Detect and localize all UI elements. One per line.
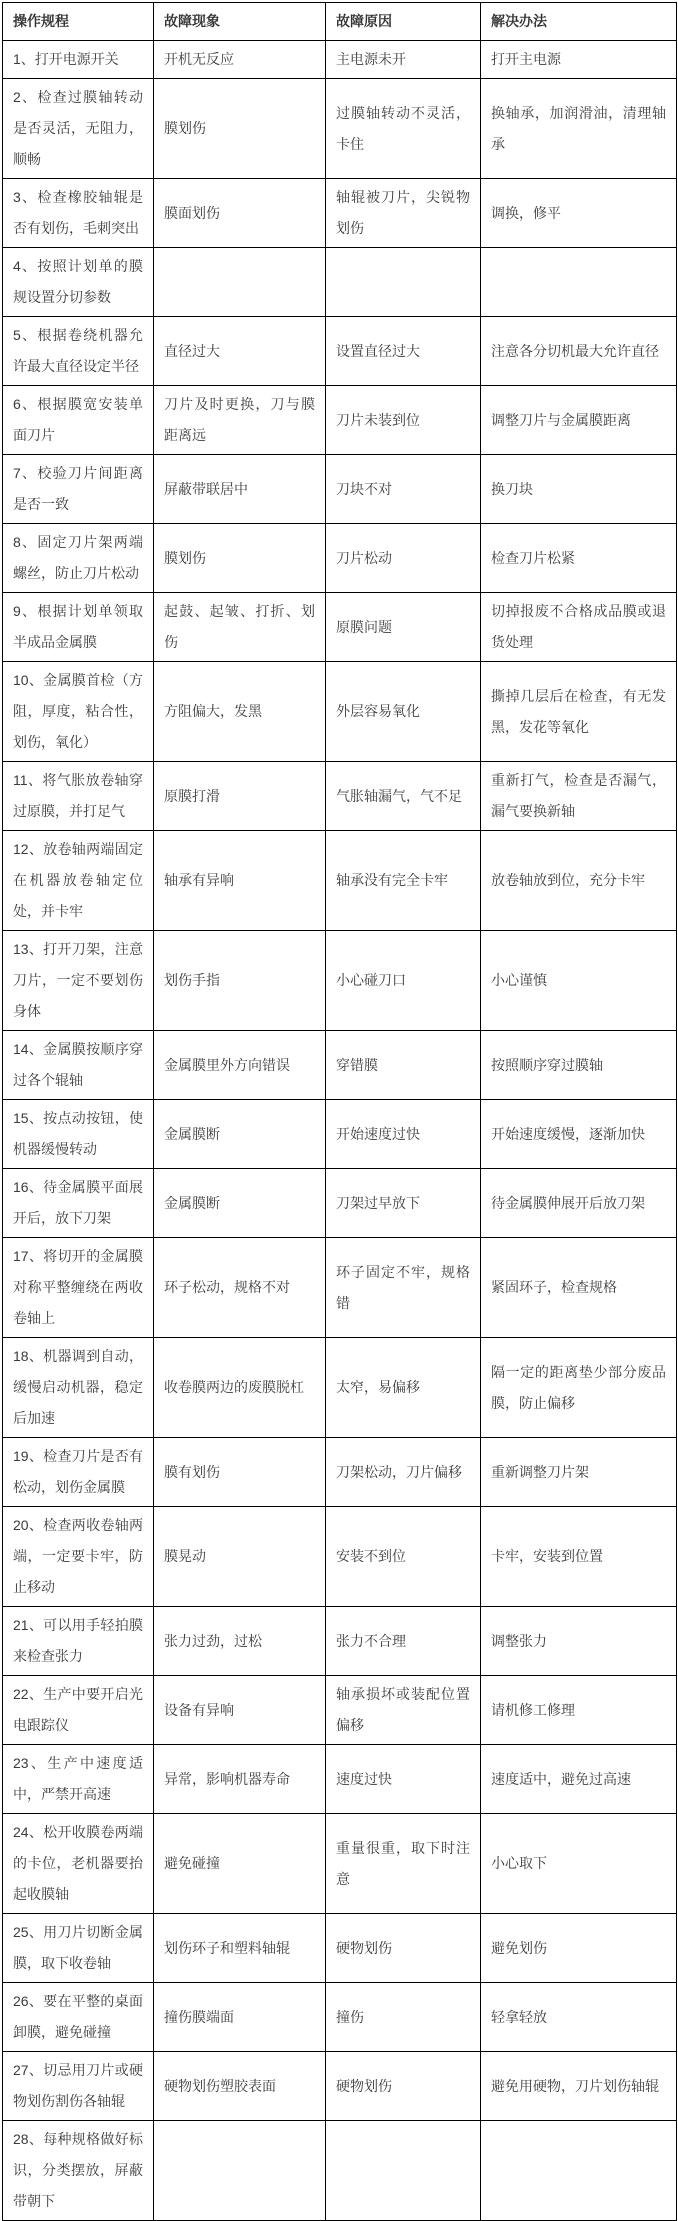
table-cell: 19、检查刀片是否有松动，划伤金属膜 (3, 1438, 154, 1507)
table-row: 20、检查两收卷轴两端，一定要卡牢，防止移动膜晃动安装不到位卡牢，安装到位置 (3, 1507, 677, 1607)
table-cell: 膜有划伤 (154, 1438, 326, 1507)
table-row: 1、打开电源开关开机无反应主电源未开打开主电源 (3, 41, 677, 79)
table-cell: 25、用刀片切断金属膜，取下收卷轴 (3, 1914, 154, 1983)
table-cell: 调整张力 (481, 1607, 677, 1676)
table-cell: 9、根据计划单领取半成品金属膜 (3, 593, 154, 662)
table-cell: 6、根据膜宽安装单面刀片 (3, 386, 154, 455)
table-cell: 划伤手指 (154, 931, 326, 1031)
table-cell (481, 2121, 677, 2221)
table-cell: 划伤环子和塑料轴辊 (154, 1914, 326, 1983)
table-cell: 3、检查橡胶轴辊是否有划伤，毛刺突出 (3, 179, 154, 248)
table-cell: 放卷轴放到位，充分卡牢 (481, 831, 677, 931)
table-cell: 外层容易氧化 (326, 662, 481, 762)
table-cell: 15、按点动按钮，使机器缓慢转动 (3, 1100, 154, 1169)
table-cell: 重新调整刀片架 (481, 1438, 677, 1507)
table-cell: 轴辊被刀片，尖锐物划伤 (326, 179, 481, 248)
column-header-fault-cause: 故障原因 (326, 3, 481, 41)
table-cell: 26、要在平整的桌面卸膜，避免碰撞 (3, 1983, 154, 2052)
table-cell: 方阻偏大，发黑 (154, 662, 326, 762)
table-row: 24、松开收膜卷两端的卡位，老机器要抬起收膜轴避免碰撞重量很重，取下时注意小心取… (3, 1814, 677, 1914)
table-cell: 张力不合理 (326, 1607, 481, 1676)
table-header-row: 操作规程 故障现象 故障原因 解决办法 (3, 3, 677, 41)
table-cell: 22、生产中要开启光电跟踪仪 (3, 1676, 154, 1745)
table-cell: 主电源未开 (326, 41, 481, 79)
table-cell: 21、可以用手轻拍膜来检查张力 (3, 1607, 154, 1676)
table-row: 22、生产中要开启光电跟踪仪设备有异响轴承损坏或装配位置偏移请机修工修理 (3, 1676, 677, 1745)
table-cell: 硬物划伤 (326, 2052, 481, 2121)
table-row: 28、每种规格做好标识，分类摆放，屏蔽带朝下 (3, 2121, 677, 2221)
table-cell: 起鼓、起皱、打折、划伤 (154, 593, 326, 662)
table-cell: 1、打开电源开关 (3, 41, 154, 79)
table-cell: 金属膜断 (154, 1169, 326, 1238)
table-cell: 直径过大 (154, 317, 326, 386)
table-cell: 17、将切开的金属膜对称平整缠绕在两收卷轴上 (3, 1238, 154, 1338)
table-row: 6、根据膜宽安装单面刀片刀片及时更换，刀与膜距离远刀片未装到位调整刀片与金属膜距… (3, 386, 677, 455)
table-cell: 待金属膜伸展开后放刀架 (481, 1169, 677, 1238)
table-cell: 27、切忌用刀片或硬物划伤割伤各轴辊 (3, 2052, 154, 2121)
table-cell: 20、检查两收卷轴两端，一定要卡牢，防止移动 (3, 1507, 154, 1607)
table-cell: 5、根据卷绕机器允许最大直径设定半径 (3, 317, 154, 386)
table-cell: 开机无反应 (154, 41, 326, 79)
table-cell: 重新打气，检查是否漏气，漏气要换新轴 (481, 762, 677, 831)
table-row: 15、按点动按钮，使机器缓慢转动金属膜断开始速度过快开始速度缓慢，逐渐加快 (3, 1100, 677, 1169)
table-cell: 轻拿轻放 (481, 1983, 677, 2052)
table-row: 9、根据计划单领取半成品金属膜起鼓、起皱、打折、划伤原膜问题切掉报废不合格成品膜… (3, 593, 677, 662)
table-cell: 刀片松动 (326, 524, 481, 593)
table-cell: 隔一定的距离垫少部分废品膜，防止偏移 (481, 1338, 677, 1438)
column-header-operating-procedure: 操作规程 (3, 3, 154, 41)
table-body: 1、打开电源开关开机无反应主电源未开打开主电源2、检查过膜轴转动是否灵活，无阻力… (3, 41, 677, 2221)
table-row: 21、可以用手轻拍膜来检查张力张力过劲，过松张力不合理调整张力 (3, 1607, 677, 1676)
column-header-fault-phenomenon: 故障现象 (154, 3, 326, 41)
table-cell: 16、待金属膜平面展开后，放下刀架 (3, 1169, 154, 1238)
table-cell: 卡牢，安装到位置 (481, 1507, 677, 1607)
table-row: 7、校验刀片间距离是否一致屏蔽带联居中刀块不对换刀块 (3, 455, 677, 524)
table-row: 25、用刀片切断金属膜，取下收卷轴划伤环子和塑料轴辊硬物划伤避免划伤 (3, 1914, 677, 1983)
table-cell: 膜划伤 (154, 79, 326, 179)
table-cell: 速度过快 (326, 1745, 481, 1814)
table-cell: 撕掉几层后在检查，有无发黑，发花等氧化 (481, 662, 677, 762)
table-cell: 打开主电源 (481, 41, 677, 79)
table-cell: 环子固定不牢，规格错 (326, 1238, 481, 1338)
table-cell: 原膜打滑 (154, 762, 326, 831)
table-cell: 穿错膜 (326, 1031, 481, 1100)
table-cell: 28、每种规格做好标识，分类摆放，屏蔽带朝下 (3, 2121, 154, 2221)
table-cell: 开始速度缓慢，逐渐加快 (481, 1100, 677, 1169)
table-cell: 切掉报废不合格成品膜或退货处理 (481, 593, 677, 662)
table-cell: 4、按照计划单的膜规设置分切参数 (3, 248, 154, 317)
table-cell: 避免碰撞 (154, 1814, 326, 1914)
table-cell: 硬物划伤 (326, 1914, 481, 1983)
table-cell: 硬物划伤塑胶表面 (154, 2052, 326, 2121)
table-cell (154, 2121, 326, 2221)
table-cell: 2、检查过膜轴转动是否灵活，无阻力，顺畅 (3, 79, 154, 179)
table-cell (154, 248, 326, 317)
table-cell: 环子松动，规格不对 (154, 1238, 326, 1338)
table-cell: 8、固定刀片架两端螺丝，防止刀片松动 (3, 524, 154, 593)
table-cell: 换轴承，加润滑油，清理轴承 (481, 79, 677, 179)
table-row: 18、机器调到自动，缓慢启动机器，稳定后加速收卷膜两边的废膜脱杠太窄，易偏移隔一… (3, 1338, 677, 1438)
table-cell: 膜晃动 (154, 1507, 326, 1607)
table-cell: 紧固环子，检查规格 (481, 1238, 677, 1338)
table-cell: 张力过劲，过松 (154, 1607, 326, 1676)
table-cell: 设备有异响 (154, 1676, 326, 1745)
table-row: 27、切忌用刀片或硬物划伤割伤各轴辊硬物划伤塑胶表面硬物划伤避免用硬物，刀片划伤… (3, 2052, 677, 2121)
table-row: 8、固定刀片架两端螺丝，防止刀片松动膜划伤刀片松动检查刀片松紧 (3, 524, 677, 593)
table-row: 5、根据卷绕机器允许最大直径设定半径直径过大设置直径过大注意各分切机最大允许直径 (3, 317, 677, 386)
table-cell: 10、金属膜首检（方阻，厚度，粘合性，划伤，氧化） (3, 662, 154, 762)
column-header-solution: 解决办法 (481, 3, 677, 41)
table-cell: 轴承损坏或装配位置偏移 (326, 1676, 481, 1745)
table-row: 12、放卷轴两端固定在机器放卷轴定位处，并卡牢轴承有异响轴承没有完全卡牢放卷轴放… (3, 831, 677, 931)
table-cell: 18、机器调到自动，缓慢启动机器，稳定后加速 (3, 1338, 154, 1438)
table-row: 19、检查刀片是否有松动，划伤金属膜膜有划伤刀架松动，刀片偏移重新调整刀片架 (3, 1438, 677, 1507)
table-cell: 调换，修平 (481, 179, 677, 248)
table-cell: 刀架过早放下 (326, 1169, 481, 1238)
table-cell: 检查刀片松紧 (481, 524, 677, 593)
table-cell: 设置直径过大 (326, 317, 481, 386)
table-cell: 金属膜断 (154, 1100, 326, 1169)
table-row: 26、要在平整的桌面卸膜，避免碰撞撞伤膜端面撞伤轻拿轻放 (3, 1983, 677, 2052)
table-cell (326, 248, 481, 317)
table-cell: 13、打开刀架，注意刀片，一定不要划伤身体 (3, 931, 154, 1031)
table-cell: 避免用硬物，刀片划伤轴辊 (481, 2052, 677, 2121)
table-cell: 注意各分切机最大允许直径 (481, 317, 677, 386)
table-cell: 小心谨慎 (481, 931, 677, 1031)
table-cell: 刀片未装到位 (326, 386, 481, 455)
table-cell: 轴承有异响 (154, 831, 326, 931)
table-cell: 原膜问题 (326, 593, 481, 662)
table-row: 14、金属膜按顺序穿过各个辊轴金属膜里外方向错误穿错膜按照顺序穿过膜轴 (3, 1031, 677, 1100)
table-cell: 小心碰刀口 (326, 931, 481, 1031)
procedure-fault-table: 操作规程 故障现象 故障原因 解决办法 1、打开电源开关开机无反应主电源未开打开… (2, 2, 677, 2221)
table-cell: 换刀块 (481, 455, 677, 524)
table-row: 16、待金属膜平面展开后，放下刀架金属膜断刀架过早放下待金属膜伸展开后放刀架 (3, 1169, 677, 1238)
table-cell: 小心取下 (481, 1814, 677, 1914)
table-cell: 避免划伤 (481, 1914, 677, 1983)
table-cell: 太窄，易偏移 (326, 1338, 481, 1438)
table-cell: 速度适中，避免过高速 (481, 1745, 677, 1814)
table-cell: 刀片及时更换，刀与膜距离远 (154, 386, 326, 455)
table-cell (326, 2121, 481, 2221)
table-row: 4、按照计划单的膜规设置分切参数 (3, 248, 677, 317)
table-cell: 异常，影响机器寿命 (154, 1745, 326, 1814)
table-cell: 12、放卷轴两端固定在机器放卷轴定位处，并卡牢 (3, 831, 154, 931)
document-page: 操作规程 故障现象 故障原因 解决办法 1、打开电源开关开机无反应主电源未开打开… (0, 0, 678, 2221)
table-cell: 按照顺序穿过膜轴 (481, 1031, 677, 1100)
table-cell: 调整刀片与金属膜距离 (481, 386, 677, 455)
table-cell: 请机修工修理 (481, 1676, 677, 1745)
table-row: 3、检查橡胶轴辊是否有划伤，毛刺突出膜面划伤轴辊被刀片，尖锐物划伤调换，修平 (3, 179, 677, 248)
table-cell: 过膜轴转动不灵活，卡住 (326, 79, 481, 179)
table-row: 17、将切开的金属膜对称平整缠绕在两收卷轴上环子松动，规格不对环子固定不牢，规格… (3, 1238, 677, 1338)
table-cell (481, 248, 677, 317)
table-row: 10、金属膜首检（方阻，厚度，粘合性，划伤，氧化）方阻偏大，发黑外层容易氧化撕掉… (3, 662, 677, 762)
table-cell: 重量很重，取下时注意 (326, 1814, 481, 1914)
table-cell: 24、松开收膜卷两端的卡位，老机器要抬起收膜轴 (3, 1814, 154, 1914)
table-row: 11、将气胀放卷轴穿过原膜，并打足气原膜打滑气胀轴漏气，气不足重新打气，检查是否… (3, 762, 677, 831)
table-cell: 金属膜里外方向错误 (154, 1031, 326, 1100)
table-cell: 撞伤 (326, 1983, 481, 2052)
table-cell: 膜划伤 (154, 524, 326, 593)
table-cell: 收卷膜两边的废膜脱杠 (154, 1338, 326, 1438)
table-cell: 安装不到位 (326, 1507, 481, 1607)
table-cell: 轴承没有完全卡牢 (326, 831, 481, 931)
table-cell: 气胀轴漏气，气不足 (326, 762, 481, 831)
table-cell: 刀块不对 (326, 455, 481, 524)
table-cell: 膜面划伤 (154, 179, 326, 248)
table-cell: 11、将气胀放卷轴穿过原膜，并打足气 (3, 762, 154, 831)
table-cell: 撞伤膜端面 (154, 1983, 326, 2052)
table-cell: 23、生产中速度适中，严禁开高速 (3, 1745, 154, 1814)
table-cell: 刀架松动，刀片偏移 (326, 1438, 481, 1507)
table-row: 2、检查过膜轴转动是否灵活，无阻力，顺畅膜划伤过膜轴转动不灵活，卡住换轴承，加润… (3, 79, 677, 179)
table-cell: 14、金属膜按顺序穿过各个辊轴 (3, 1031, 154, 1100)
table-cell: 7、校验刀片间距离是否一致 (3, 455, 154, 524)
table-cell: 屏蔽带联居中 (154, 455, 326, 524)
table-row: 13、打开刀架，注意刀片，一定不要划伤身体划伤手指小心碰刀口小心谨慎 (3, 931, 677, 1031)
table-row: 23、生产中速度适中，严禁开高速异常，影响机器寿命速度过快速度适中，避免过高速 (3, 1745, 677, 1814)
table-cell: 开始速度过快 (326, 1100, 481, 1169)
